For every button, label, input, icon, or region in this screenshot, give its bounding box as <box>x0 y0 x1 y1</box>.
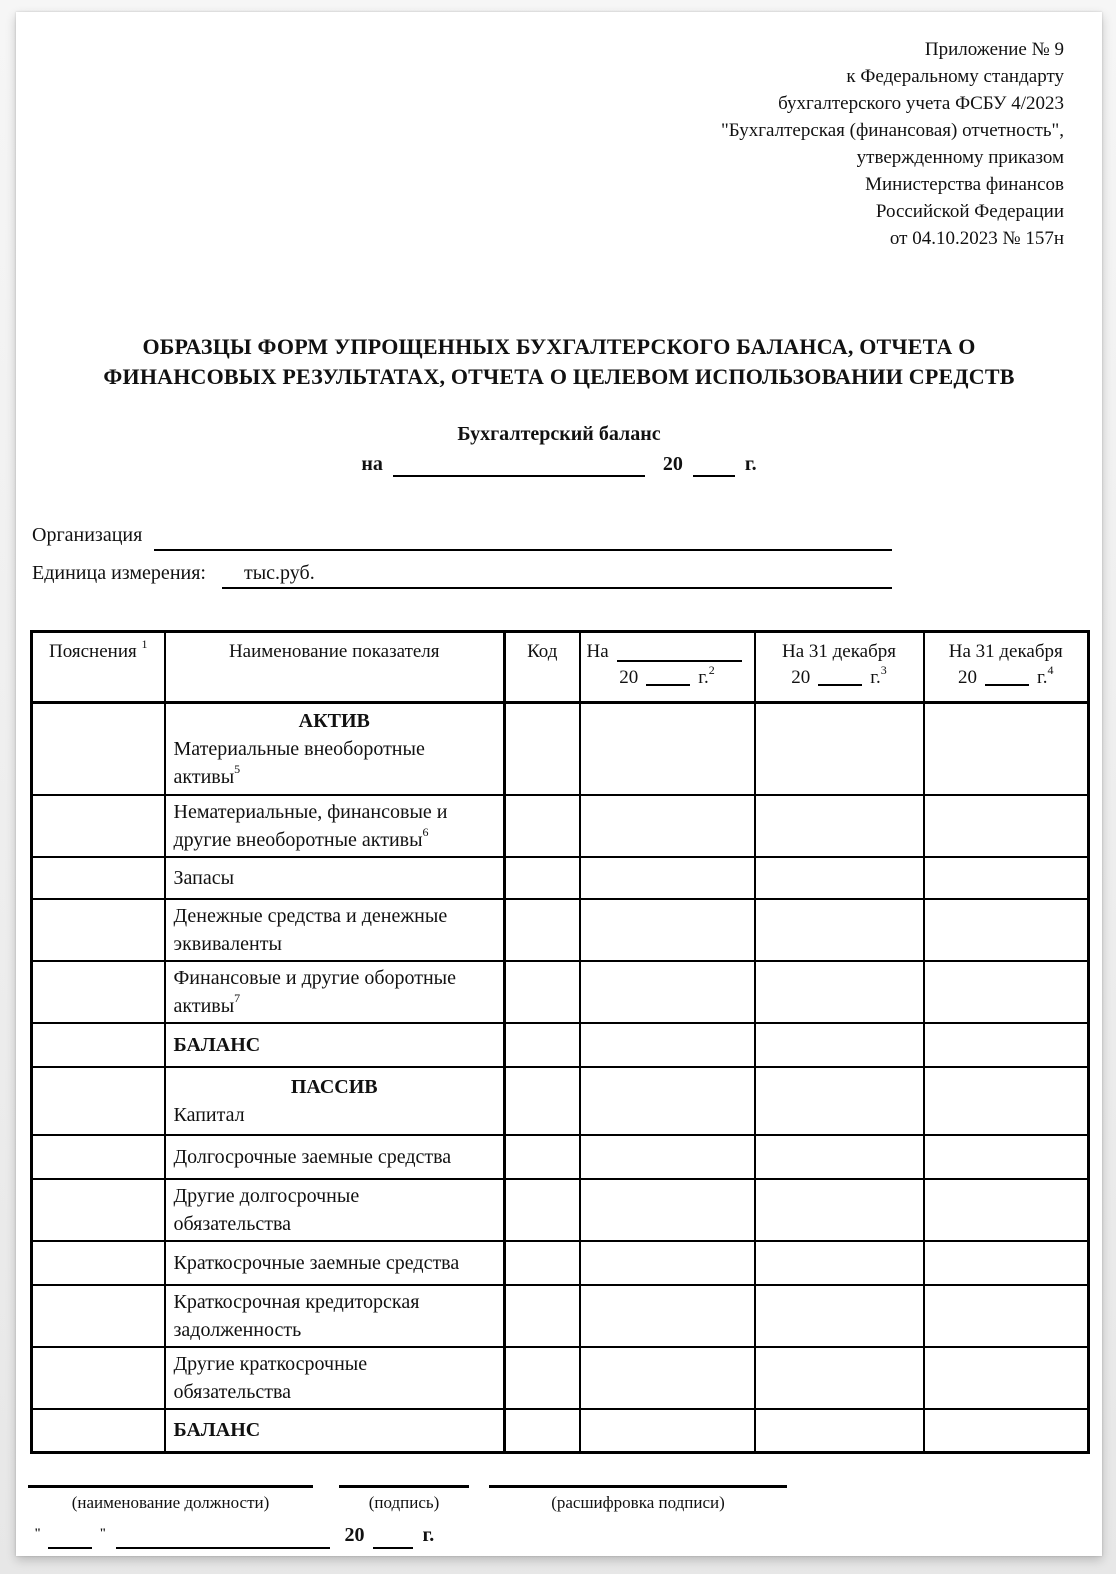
value-cell <box>755 1067 924 1135</box>
value-cell <box>755 899 924 961</box>
explanations-cell <box>32 1285 165 1347</box>
explanations-cell <box>32 703 165 795</box>
value-cell <box>924 961 1089 1023</box>
signature-position-block: (наименование должности) <box>28 1474 313 1513</box>
explanations-cell <box>32 857 165 899</box>
table-row: ПАССИВ Капитал <box>32 1067 1089 1135</box>
indicator-text: Другие краткосрочные обязательства <box>174 1353 368 1403</box>
indicator-text: Другие долгосрочные обязательства <box>174 1185 360 1235</box>
table-row: Другие краткосрочные обязательства <box>32 1347 1089 1409</box>
code-cell <box>505 1067 580 1135</box>
year-blank <box>818 684 862 686</box>
value-cell <box>755 1241 924 1285</box>
code-cell <box>505 857 580 899</box>
explanations-cell <box>32 1409 165 1453</box>
indicator-cell: Денежные средства и денежные эквиваленты <box>165 899 505 961</box>
organization-line: Организация <box>32 524 892 552</box>
year-prefix: 20 <box>791 667 810 688</box>
document-page: Приложение № 9 к Федеральному стандарту … <box>16 12 1102 1556</box>
table-row: Другие долгосрочные обязательства <box>32 1179 1089 1241</box>
value-cell <box>580 703 755 795</box>
indicator-label: Запасы <box>174 864 496 892</box>
indicator-text: БАЛАНС <box>174 1419 261 1441</box>
indicator-label: Материальные внеоборотные активы5 <box>174 735 496 791</box>
indicator-label: Краткосрочная кредиторская задолженность <box>174 1288 496 1344</box>
appendix-line: Министерства финансов <box>721 171 1064 198</box>
indicator-text: Нематериальные, финансовые и другие внео… <box>174 801 448 851</box>
indicator-label: Финансовые и другие оборотные активы7 <box>174 964 496 1020</box>
table-row: Денежные средства и денежные эквиваленты <box>32 899 1089 961</box>
signature-caption: (наименование должности) <box>28 1488 313 1513</box>
col-header-date-current: На 20г.2 <box>580 632 755 703</box>
table-row: Краткосрочная кредиторская задолженность <box>32 1285 1089 1347</box>
value-cell <box>924 1179 1089 1241</box>
value-cell <box>924 1347 1089 1409</box>
explanations-cell <box>32 1241 165 1285</box>
year-prefix: 20 <box>663 453 683 479</box>
explanations-cell <box>32 1347 165 1409</box>
code-cell <box>505 1135 580 1179</box>
explanations-cell <box>32 1179 165 1241</box>
appendix-line: "Бухгалтерская (финансовая) отчетность", <box>721 117 1064 144</box>
explanations-cell <box>32 1023 165 1067</box>
value-cell <box>924 1067 1089 1135</box>
code-cell <box>505 1285 580 1347</box>
appendix-line: утвержденному приказом <box>721 144 1064 171</box>
date-blank <box>617 639 742 662</box>
indicator-text: Финансовые и другие оборотные активы <box>174 967 457 1017</box>
value-cell <box>924 899 1089 961</box>
indicator-text: Денежные средства и денежные эквиваленты <box>174 905 448 955</box>
appendix-line: от 04.10.2023 № 157н <box>721 225 1064 252</box>
col-header-label: Пояснения <box>49 641 137 662</box>
appendix-header: Приложение № 9 к Федеральному стандарту … <box>721 36 1064 252</box>
indicator-label: Краткосрочные заемные средства <box>174 1249 496 1277</box>
value-cell <box>755 1409 924 1453</box>
col-header-date-prev1: На 31 декабря 20г.3 <box>755 632 924 703</box>
signature-blank <box>489 1474 787 1488</box>
value-cell <box>924 1135 1089 1179</box>
indicator-text: Запасы <box>174 867 235 889</box>
value-cell <box>580 1023 755 1067</box>
date-blank <box>393 453 645 477</box>
organization-blank <box>154 524 892 551</box>
indicator-text: Материальные внеоборотные активы <box>174 738 425 788</box>
value-cell <box>924 857 1089 899</box>
col-header-label: На <box>587 639 609 665</box>
indicator-text: Капитал <box>174 1104 245 1126</box>
indicator-text: Краткосрочная кредиторская задолженность <box>174 1291 420 1341</box>
signature-blank <box>28 1474 313 1488</box>
table-row: Финансовые и другие оборотные активы7 <box>32 961 1089 1023</box>
value-cell <box>580 899 755 961</box>
indicator-label: БАЛАНС <box>174 1416 496 1444</box>
indicator-cell: Долгосрочные заемные средства <box>165 1135 505 1179</box>
explanations-cell <box>32 795 165 857</box>
indicator-cell: АКТИВ Материальные внеоборотные активы5 <box>165 703 505 795</box>
year-suffix: г. <box>422 1524 434 1550</box>
indicator-cell: Нематериальные, финансовые и другие внео… <box>165 795 505 857</box>
footnote-ref: 3 <box>881 663 887 677</box>
value-cell <box>580 1067 755 1135</box>
day-blank <box>48 1524 92 1549</box>
value-cell <box>755 1285 924 1347</box>
indicator-cell: Другие краткосрочные обязательства <box>165 1347 505 1409</box>
code-cell <box>505 1241 580 1285</box>
signature-caption: (расшифровка подписи) <box>489 1488 787 1513</box>
signature-blank <box>339 1474 469 1488</box>
table-row: Нематериальные, финансовые и другие внео… <box>32 795 1089 857</box>
indicator-cell: ПАССИВ Капитал <box>165 1067 505 1135</box>
col-header-label: На 31 декабря <box>949 641 1063 662</box>
value-cell <box>924 1285 1089 1347</box>
value-cell <box>755 961 924 1023</box>
footnote-ref: 2 <box>709 663 715 677</box>
explanations-cell <box>32 1067 165 1135</box>
unit-line: Единица измерения: тыс.руб. <box>32 562 892 590</box>
year-prefix: 20 <box>619 667 638 688</box>
value-cell <box>755 1135 924 1179</box>
date-prefix-label: на <box>361 453 383 479</box>
footnote-ref: 5 <box>234 762 240 776</box>
value-cell <box>580 857 755 899</box>
page-title-line: ФИНАНСОВЫХ РЕЗУЛЬТАТАХ, ОТЧЕТА О ЦЕЛЕВОМ… <box>16 362 1102 392</box>
footnote-ref: 6 <box>423 825 429 839</box>
value-cell <box>580 1179 755 1241</box>
code-cell <box>505 1023 580 1067</box>
value-cell <box>755 1347 924 1409</box>
month-blank <box>116 1524 330 1549</box>
value-cell <box>755 857 924 899</box>
section-heading: ПАССИВ <box>174 1073 496 1101</box>
indicator-label: Долгосрочные заемные средства <box>174 1143 496 1171</box>
appendix-line: Российской Федерации <box>721 198 1064 225</box>
indicator-cell: БАЛАНС <box>165 1409 505 1453</box>
code-cell <box>505 703 580 795</box>
indicator-label: БАЛАНС <box>174 1031 496 1059</box>
indicator-label: Нематериальные, финансовые и другие внео… <box>174 798 496 854</box>
col-header-explanations: Пояснения 1 <box>32 632 165 703</box>
year-prefix: 20 <box>344 1524 364 1550</box>
indicator-label: Капитал <box>174 1101 496 1129</box>
col-header-indicator: Наименование показателя <box>165 632 505 703</box>
footnote-ref: 1 <box>141 637 147 651</box>
value-cell <box>755 703 924 795</box>
col-header-code: Код <box>505 632 580 703</box>
value-cell <box>580 961 755 1023</box>
document-viewer: { "header_right": { "lines": [ "Приложен… <box>0 0 1116 1574</box>
table-row: Долгосрочные заемные средства <box>32 1135 1089 1179</box>
code-cell <box>505 1179 580 1241</box>
code-cell <box>505 899 580 961</box>
value-cell <box>755 1023 924 1067</box>
value-cell <box>924 703 1089 795</box>
signature-name-block: (расшифровка подписи) <box>489 1474 787 1513</box>
section-heading: АКТИВ <box>174 707 496 735</box>
close-quote: " <box>99 1525 106 1550</box>
table-row-total: БАЛАНС <box>32 1409 1089 1453</box>
indicator-cell: Финансовые и другие оборотные активы7 <box>165 961 505 1023</box>
signing-date-line: " " 20 г. <box>34 1524 434 1550</box>
year-suffix: г. <box>745 453 757 479</box>
indicator-label: Другие долгосрочные обязательства <box>174 1182 496 1238</box>
explanations-cell <box>32 899 165 961</box>
year-blank <box>373 1524 413 1549</box>
form-title: Бухгалтерский баланс <box>16 423 1102 446</box>
code-cell <box>505 961 580 1023</box>
indicator-label: Денежные средства и денежные эквиваленты <box>174 902 496 958</box>
explanations-cell <box>32 961 165 1023</box>
unit-label: Единица измерения: <box>32 562 206 590</box>
footnote-ref: 4 <box>1047 663 1053 677</box>
signature-sign-block: (подпись) <box>339 1474 469 1513</box>
col-header-date-prev2: На 31 декабря 20г.4 <box>924 632 1089 703</box>
value-cell <box>924 1241 1089 1285</box>
value-cell <box>580 1409 755 1453</box>
unit-value: тыс.руб. <box>222 562 315 584</box>
footnote-ref: 7 <box>234 991 240 1005</box>
year-blank <box>985 684 1029 686</box>
year-prefix: 20 <box>958 667 977 688</box>
table-row-total: БАЛАНС <box>32 1023 1089 1067</box>
signature-caption: (подпись) <box>339 1488 469 1513</box>
year-suffix: г. <box>698 667 708 688</box>
indicator-label: Другие краткосрочные обязательства <box>174 1350 496 1406</box>
year-suffix: г. <box>870 667 880 688</box>
organization-label: Организация <box>32 524 142 552</box>
table-row: Краткосрочные заемные средства <box>32 1241 1089 1285</box>
balance-table: Пояснения 1 Наименование показателя Код … <box>30 630 1090 1454</box>
value-cell <box>580 1135 755 1179</box>
indicator-cell: БАЛАНС <box>165 1023 505 1067</box>
appendix-line: Приложение № 9 <box>721 36 1064 63</box>
year-suffix: г. <box>1037 667 1047 688</box>
year-blank <box>693 453 735 477</box>
table-header-row: Пояснения 1 Наименование показателя Код … <box>32 632 1089 703</box>
indicator-text: Долгосрочные заемные средства <box>174 1146 452 1168</box>
appendix-line: к Федеральному стандарту <box>721 63 1064 90</box>
indicator-cell: Краткосрочная кредиторская задолженность <box>165 1285 505 1347</box>
value-cell <box>580 1241 755 1285</box>
col-header-label: На 31 декабря <box>782 641 896 662</box>
open-quote: " <box>34 1525 41 1550</box>
table-row: АКТИВ Материальные внеоборотные активы5 <box>32 703 1089 795</box>
indicator-text: БАЛАНС <box>174 1034 261 1056</box>
value-cell <box>924 795 1089 857</box>
value-cell <box>755 795 924 857</box>
value-cell <box>755 1179 924 1241</box>
indicator-text: Краткосрочные заемные средства <box>174 1252 460 1274</box>
explanations-cell <box>32 1135 165 1179</box>
page-title: ОБРАЗЦЫ ФОРМ УПРОЩЕННЫХ БУХГАЛТЕРСКОГО Б… <box>16 332 1102 392</box>
code-cell <box>505 795 580 857</box>
table-row: Запасы <box>32 857 1089 899</box>
indicator-cell: Краткосрочные заемные средства <box>165 1241 505 1285</box>
appendix-line: бухгалтерского учета ФСБУ 4/2023 <box>721 90 1064 117</box>
indicator-cell: Запасы <box>165 857 505 899</box>
year-blank <box>646 684 690 686</box>
value-cell <box>924 1409 1089 1453</box>
value-cell <box>924 1023 1089 1067</box>
value-cell <box>580 795 755 857</box>
indicator-cell: Другие долгосрочные обязательства <box>165 1179 505 1241</box>
value-cell <box>580 1347 755 1409</box>
report-date-line: на 20 г. <box>16 453 1102 479</box>
page-title-line: ОБРАЗЦЫ ФОРМ УПРОЩЕННЫХ БУХГАЛТЕРСКОГО Б… <box>16 332 1102 362</box>
code-cell <box>505 1347 580 1409</box>
unit-blank: тыс.руб. <box>222 562 892 589</box>
code-cell <box>505 1409 580 1453</box>
value-cell <box>580 1285 755 1347</box>
